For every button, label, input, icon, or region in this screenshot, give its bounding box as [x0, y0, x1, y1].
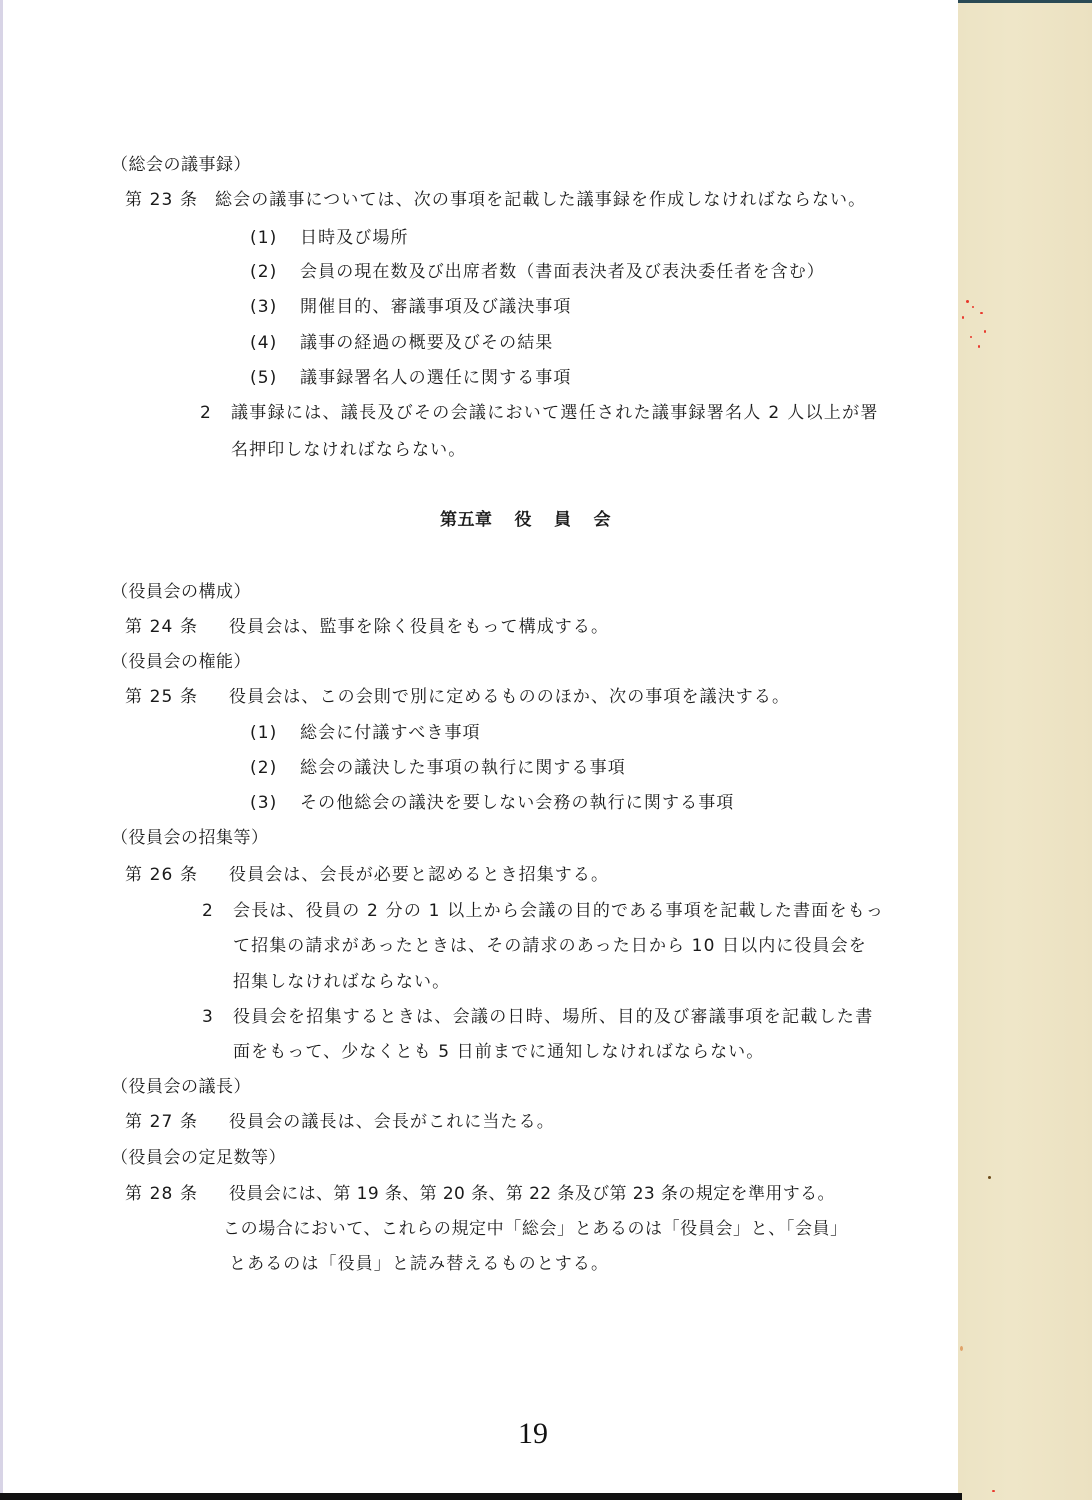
item-number: (1) — [250, 227, 277, 249]
dirt-speck — [988, 1176, 991, 1179]
chapter-char: 会 — [594, 510, 612, 530]
item-number: (5) — [250, 367, 277, 389]
red-speck — [970, 336, 972, 338]
item-number: (3) — [250, 792, 277, 814]
article-heading: （総会の議事録） — [111, 154, 251, 176]
item-number: (3) — [250, 296, 277, 318]
article-heading: （役員会の構成） — [111, 581, 251, 603]
red-speck — [972, 306, 974, 308]
chapter-title: 第五章役員会 — [440, 509, 611, 531]
article-number: 第 23 条 — [125, 189, 198, 211]
article-heading: （役員会の招集等） — [111, 827, 269, 849]
red-speck — [962, 316, 964, 319]
item-text: 総会の議決した事項の執行に関する事項 — [300, 757, 626, 779]
article-heading: （役員会の権能） — [111, 651, 251, 673]
item-text: その他総会の議決を要しない会務の執行に関する事項 — [300, 792, 734, 814]
article-number: 第 26 条 — [125, 864, 198, 886]
paragraph-text: 議事録には、議長及びその会議において選任された議事録署名人 2 人以上が署 — [231, 402, 879, 424]
article-text: 役員会の議長は、会長がこれに当たる。 — [229, 1111, 555, 1133]
item-text: 会員の現在数及び出席者数（書面表決者及び表決委任者を含む） — [300, 261, 825, 283]
article-number: 第 28 条 — [125, 1183, 198, 1205]
red-speck — [978, 345, 980, 348]
article-continuation: この場合において、これらの規定中「総会」とあるのは「役員会」と、「会員」 — [223, 1218, 848, 1240]
article-text: 役員会は、監事を除く役員をもって構成する。 — [229, 616, 609, 638]
article-text: 役員会は、この会則で別に定めるもののほか、次の事項を議決する。 — [229, 686, 790, 708]
item-number: (2) — [250, 261, 277, 283]
chapter-char: 員 — [554, 510, 572, 530]
paragraph-text: 名押印しなければならない。 — [231, 439, 466, 461]
item-number: (4) — [250, 332, 277, 354]
paragraph-text: 面をもって、少なくとも 5 日前までに通知しなければならない。 — [233, 1041, 764, 1063]
item-text: 議事の経過の概要及びその結果 — [300, 332, 553, 354]
item-number: (1) — [250, 722, 277, 744]
paragraph-text: 招集しなければならない。 — [233, 971, 450, 993]
item-text: 日時及び場所 — [300, 227, 409, 249]
document-page: （総会の議事録） 第 23 条 総会の議事については、次の事項を記載した議事録を… — [0, 0, 960, 1493]
scan-bottom-edge — [0, 1493, 962, 1500]
paragraph-number: 2 — [200, 402, 212, 424]
article-continuation: とあるのは「役員」と読み替えるものとする。 — [229, 1253, 609, 1275]
paragraph-text: て招集の請求があったときは、その請求のあった日から 10 日以内に役員会を — [233, 935, 867, 957]
paragraph-text: 会長は、役員の 2 分の 1 以上から会議の目的である事項を記載した書面をもっ — [233, 900, 884, 922]
red-speck — [980, 312, 983, 314]
paper-edge — [958, 0, 1092, 1500]
page-number: 19 — [518, 1417, 548, 1451]
chapter-prefix: 第五章 — [440, 510, 493, 530]
article-number: 第 24 条 — [125, 616, 198, 638]
article-heading: （役員会の定足数等） — [111, 1147, 286, 1169]
item-text: 開催目的、審議事項及び議決事項 — [300, 296, 572, 318]
red-speck — [984, 330, 986, 333]
article-number: 第 27 条 — [125, 1111, 198, 1133]
paragraph-number: 3 — [202, 1006, 214, 1028]
paragraph-text: 役員会を招集するときは、会議の日時、場所、目的及び審議事項を記載した書 — [233, 1006, 874, 1028]
item-text: 総会に付議すべき事項 — [300, 722, 481, 744]
paper-edge-top-line — [958, 0, 1092, 3]
article-text: 役員会には、第 19 条、第 20 条、第 22 条及び第 23 条の規定を準用… — [229, 1183, 835, 1205]
article-text: 総会の議事については、次の事項を記載した議事録を作成しなければならない。 — [215, 189, 866, 211]
dirt-speck — [960, 1346, 963, 1351]
item-text: 議事録署名人の選任に関する事項 — [300, 367, 572, 389]
paragraph-number: 2 — [202, 900, 214, 922]
red-speck — [992, 1490, 995, 1492]
item-number: (2) — [250, 757, 277, 779]
article-heading: （役員会の議長） — [111, 1076, 251, 1098]
article-text: 役員会は、会長が必要と認めるとき招集する。 — [229, 864, 609, 886]
red-speck — [966, 300, 969, 303]
article-number: 第 25 条 — [125, 686, 198, 708]
chapter-char: 役 — [515, 510, 533, 530]
